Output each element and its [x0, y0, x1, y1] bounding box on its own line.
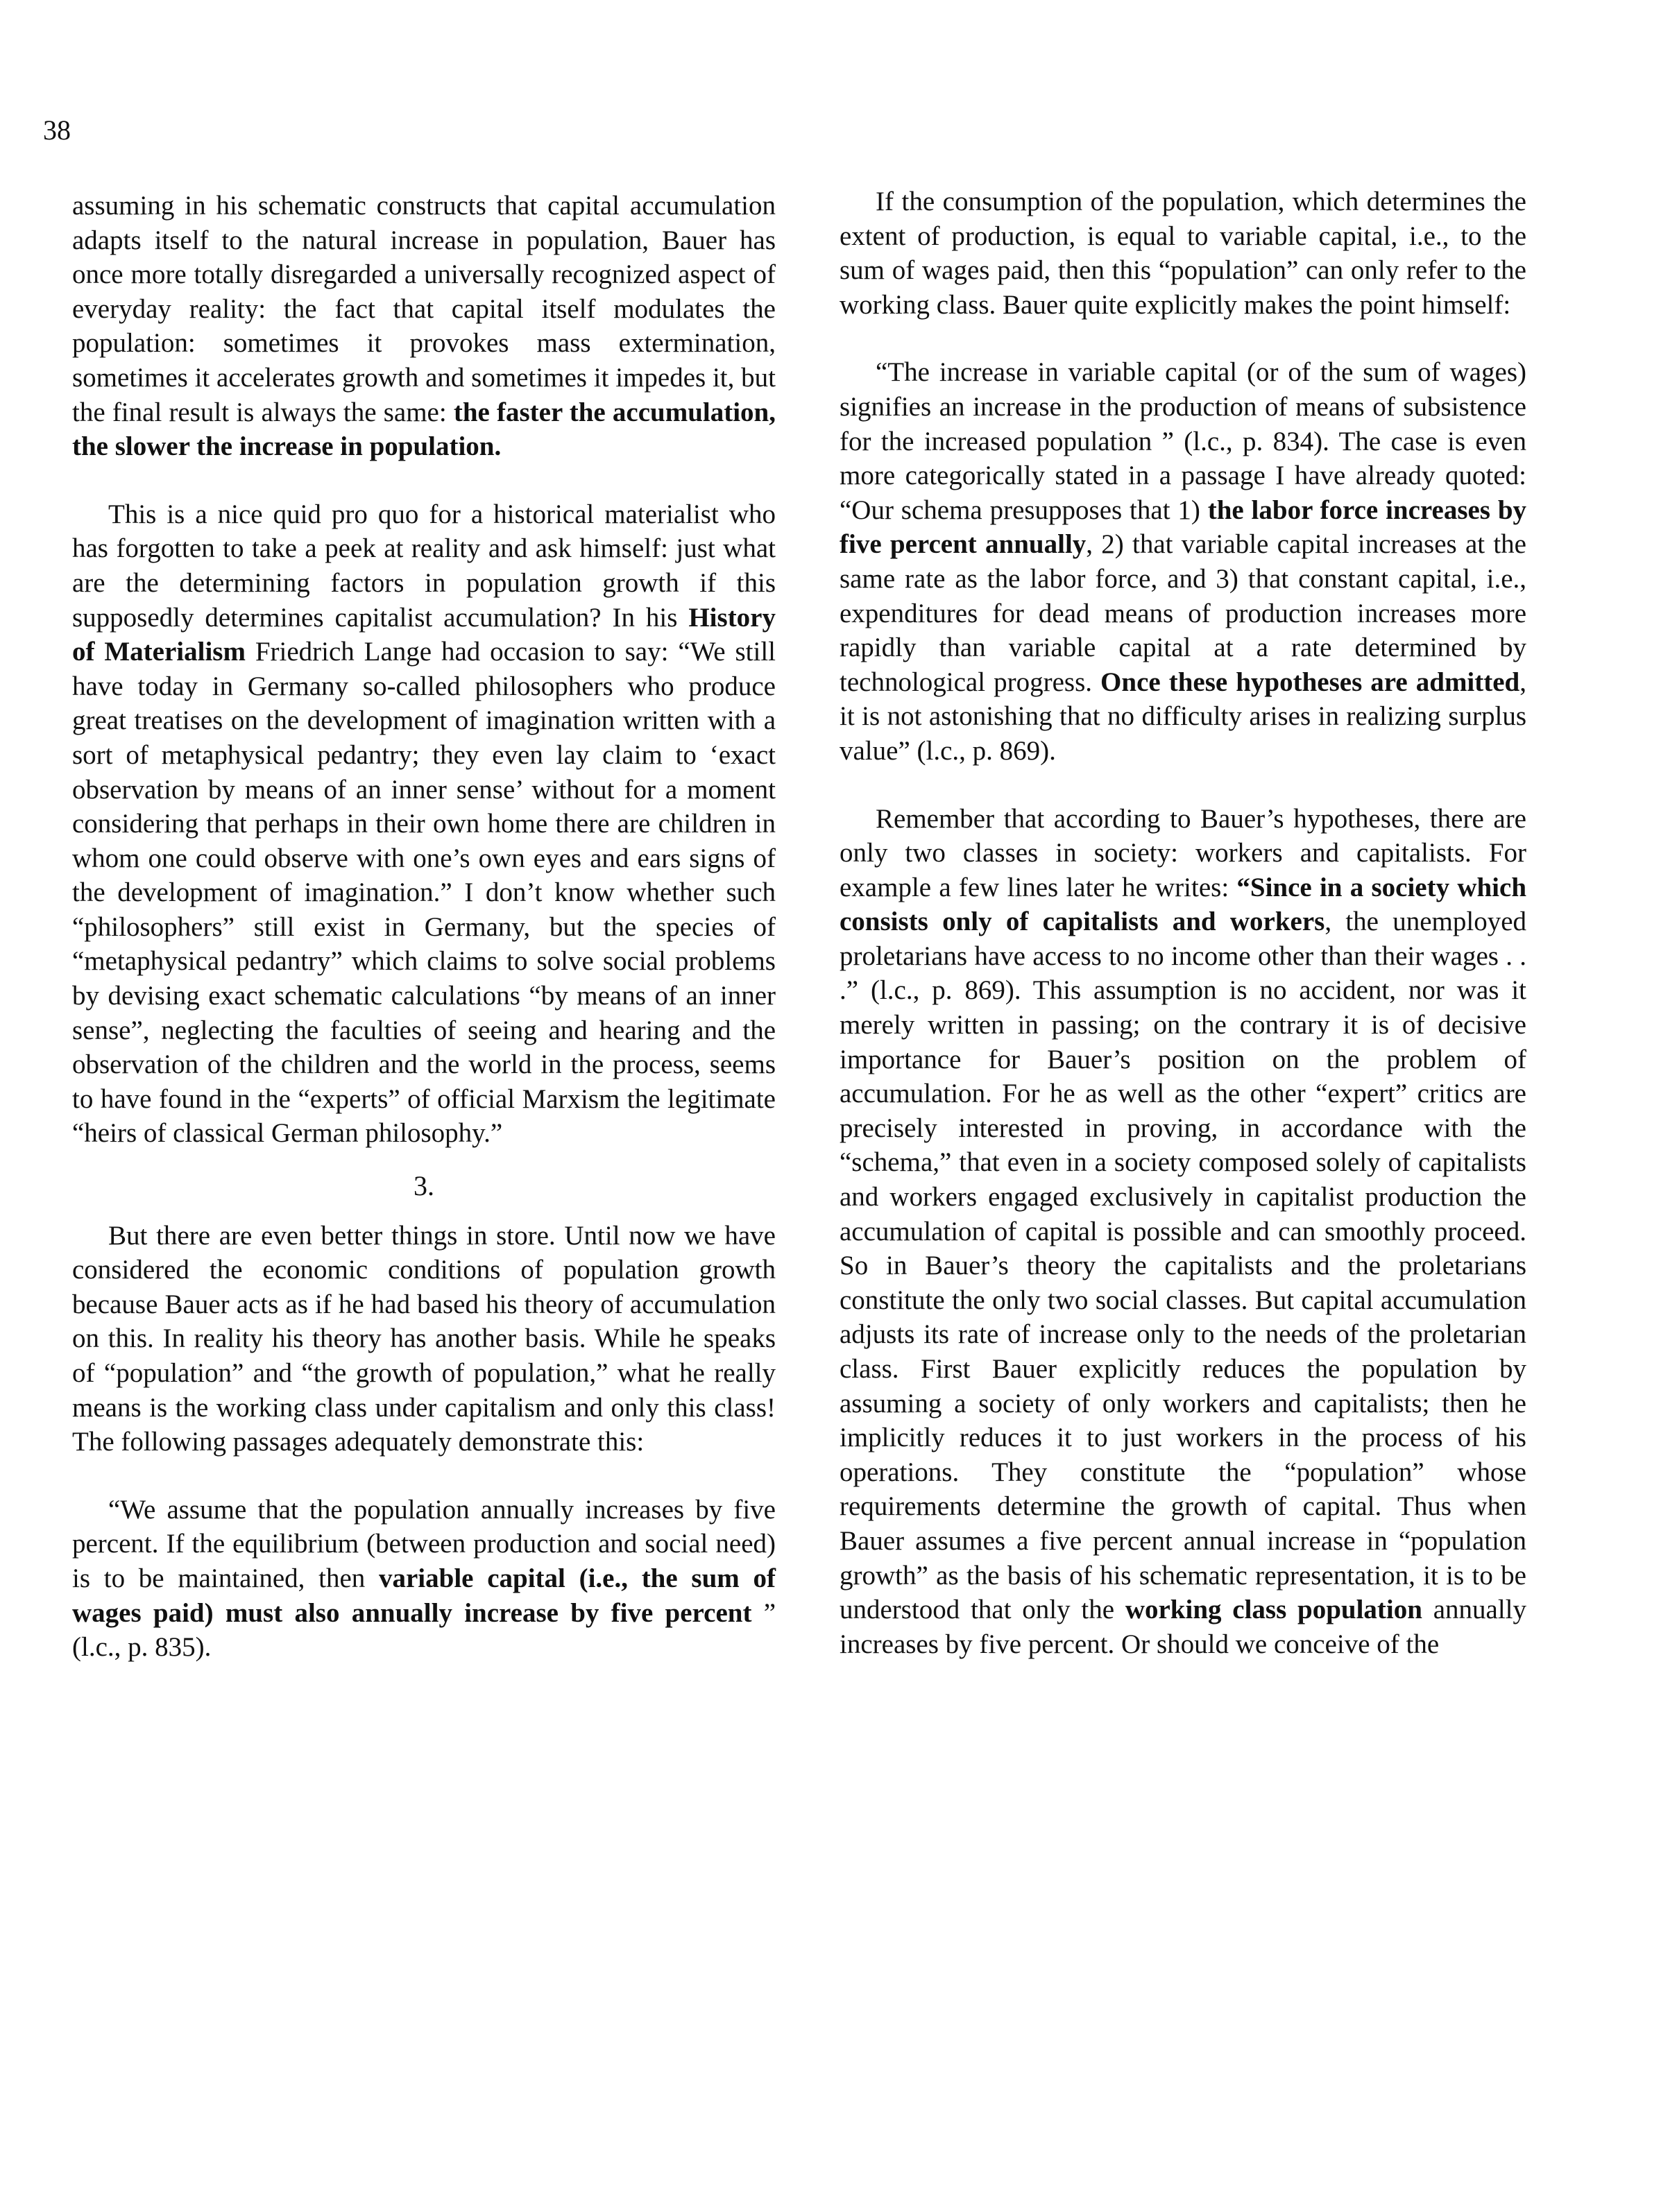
text-run: But there are even better things in stor… [72, 1221, 776, 1457]
right-column-paragraphs: If the consumption of the population, wh… [840, 185, 1526, 1661]
paragraph: But there are even better things in stor… [72, 1219, 776, 1459]
paragraph: Remember that according to Bauer’s hypot… [840, 802, 1526, 1662]
paragraph: “We assume that the population annually … [72, 1493, 776, 1665]
left-column-paragraphs-after-heading: But there are even better things in stor… [72, 1219, 776, 1665]
right-column: If the consumption of the population, wh… [840, 185, 1526, 1661]
paragraph: “The increase in variable capital (or of… [840, 355, 1526, 768]
text-run: Friedrich Lange had occasion to say: “We… [72, 637, 776, 1148]
text-run: If the consumption of the population, wh… [840, 187, 1526, 320]
bold-text-run: Once these hypotheses are admitted [1100, 667, 1519, 697]
section-heading: 3. [72, 1169, 776, 1203]
text-run: assuming in his schematic constructs tha… [72, 191, 776, 427]
left-column: assuming in his schematic constructs tha… [72, 189, 776, 1665]
left-column-paragraphs: assuming in his schematic constructs tha… [72, 189, 776, 1151]
paragraph: This is a nice quid pro quo for a histor… [72, 497, 776, 1151]
text-run: This is a nice quid pro quo for a histor… [72, 499, 776, 633]
paragraph: assuming in his schematic constructs tha… [72, 189, 776, 464]
page-number: 38 [43, 117, 71, 144]
paragraph: If the consumption of the population, wh… [840, 185, 1526, 322]
text-run: , the unemployed proletarians have acces… [840, 907, 1526, 1624]
bold-text-run: working class population [1125, 1595, 1422, 1624]
